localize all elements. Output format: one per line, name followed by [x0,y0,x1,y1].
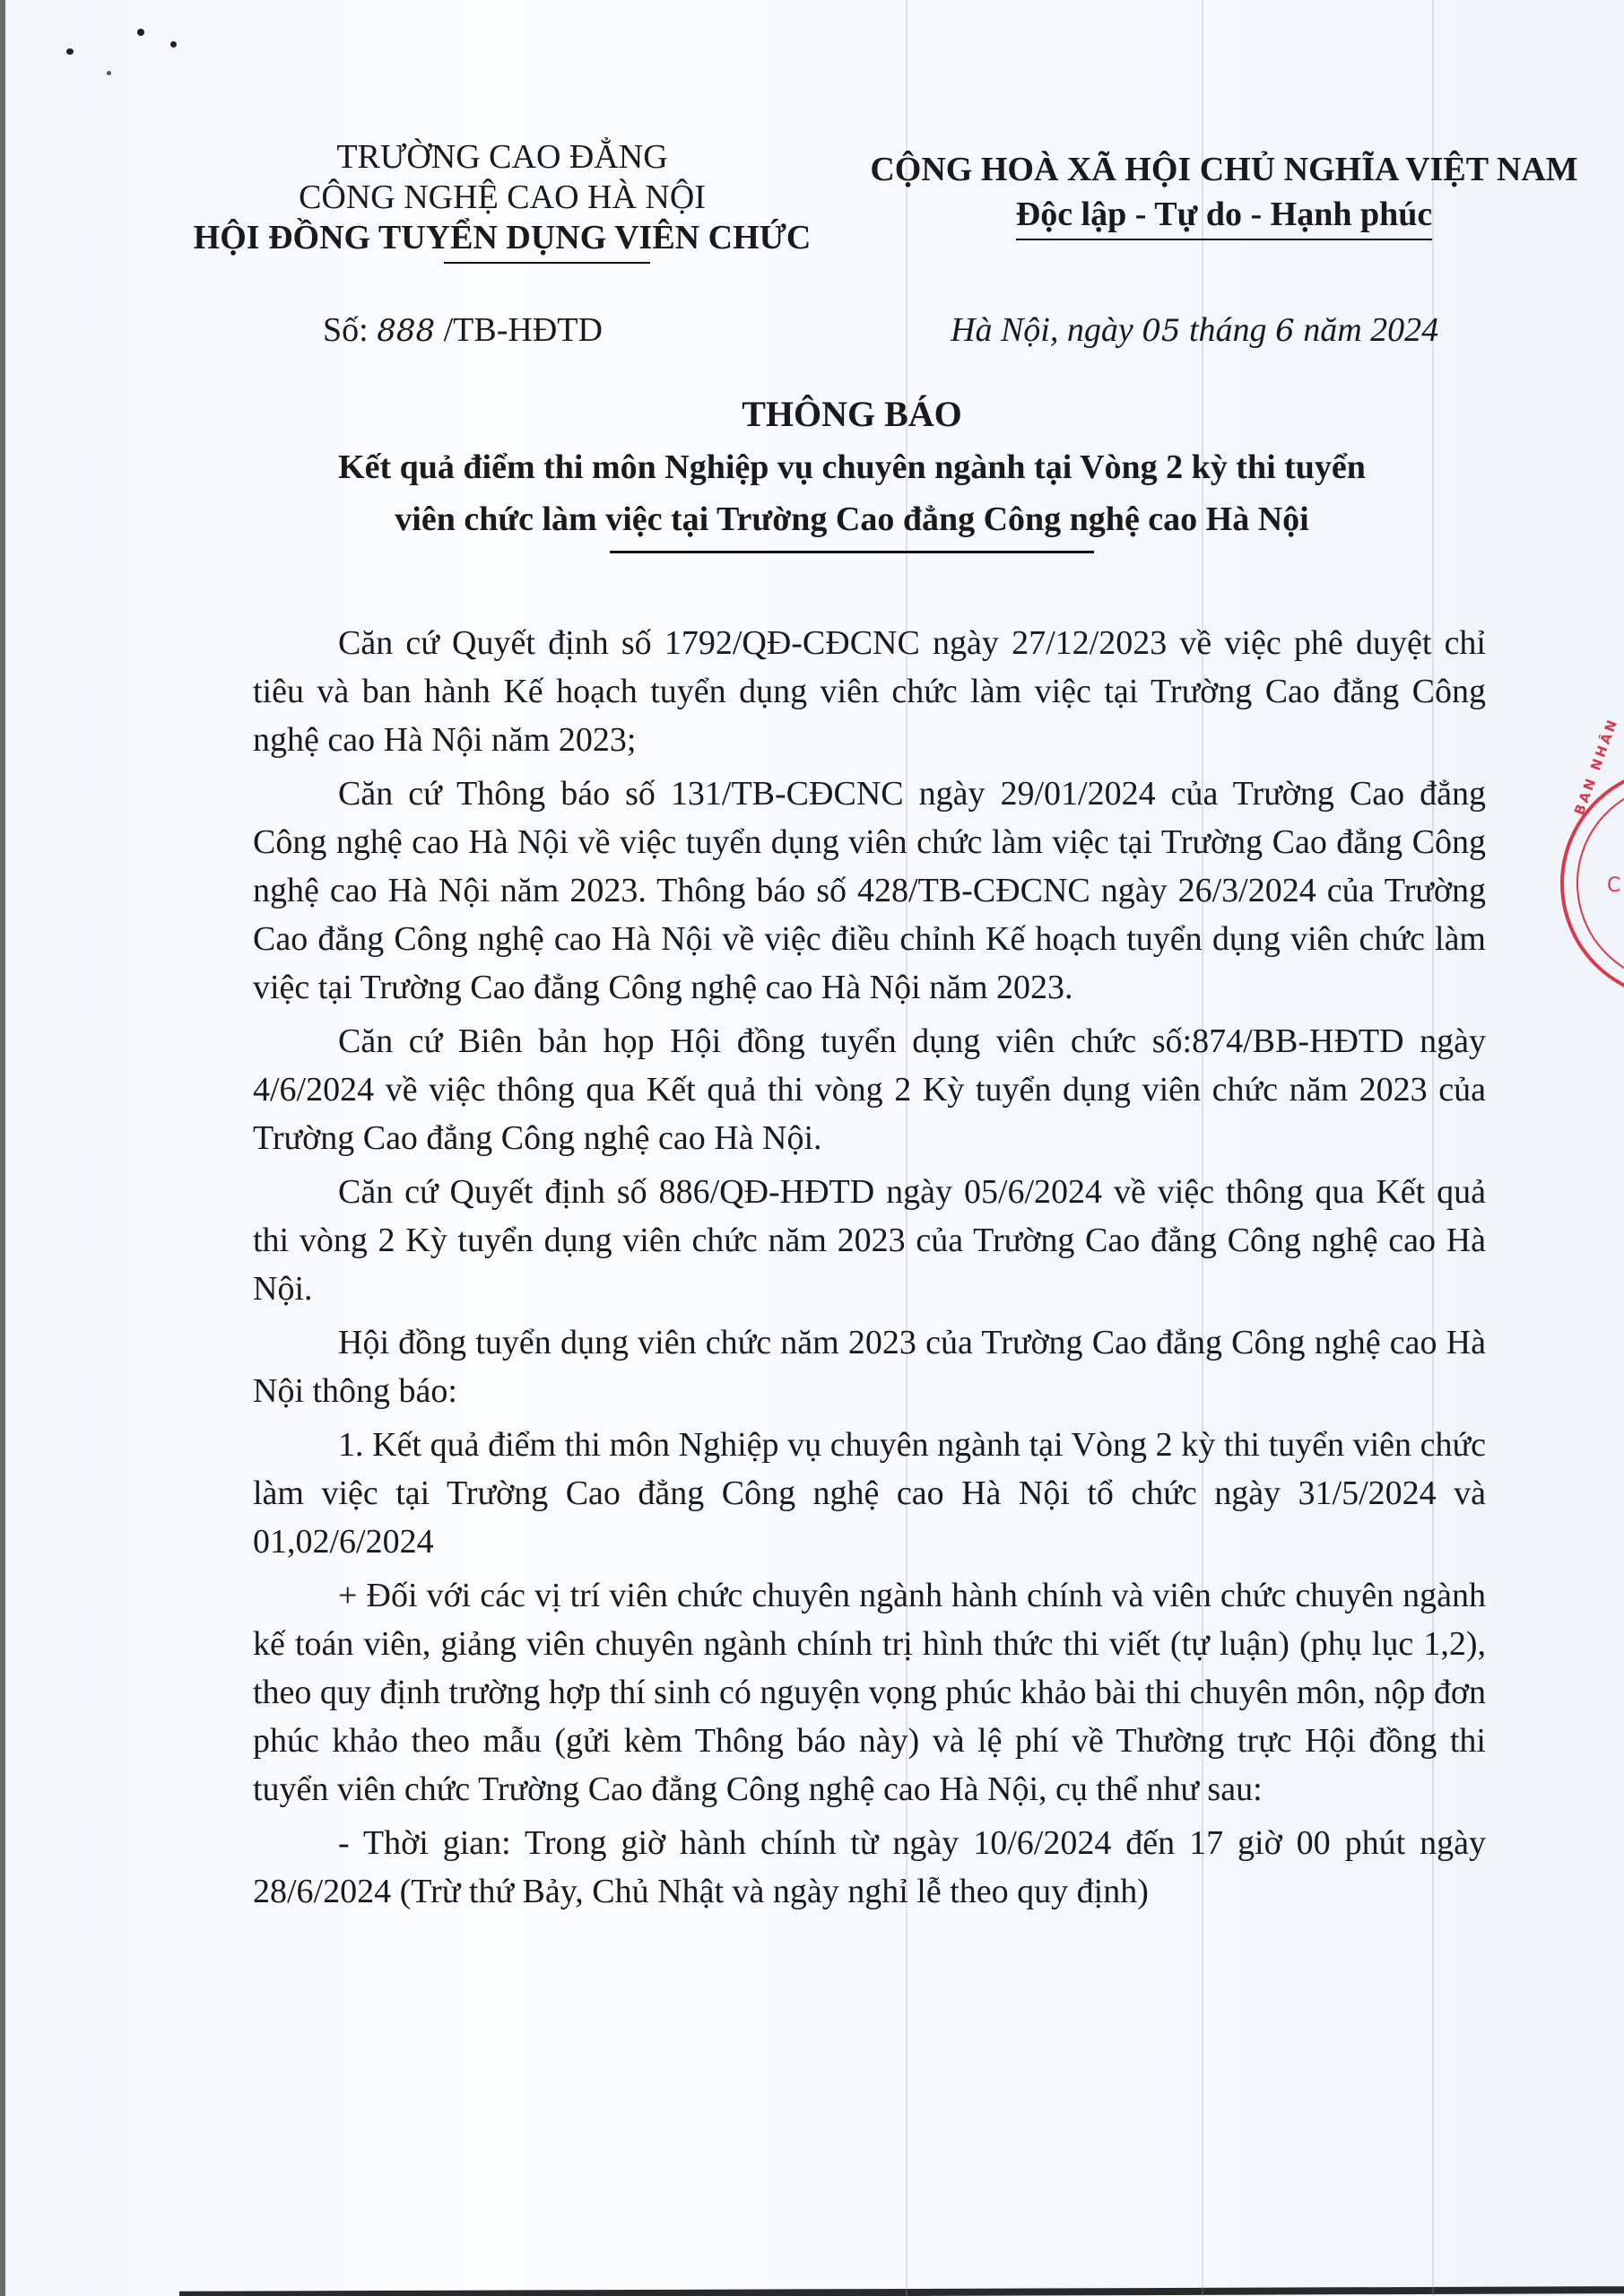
paragraph-basis-decision-results: Căn cứ Quyết định số 886/QĐ-HĐTD ngày 05… [253,1168,1486,1313]
agency-line-1: TRƯỜNG CAO ĐẲNG [161,137,843,178]
agency-underline [444,262,650,264]
issuing-agency: TRƯỜNG CAO ĐẲNG CÔNG NGHỆ CAO HÀ NỘI HỘI… [161,137,843,264]
document-body: Căn cứ Quyết định số 1792/QĐ-CĐCNC ngày … [253,619,1486,1919]
stamp-letter: C [1607,874,1620,897]
scan-left-edge [0,0,5,2296]
handwritten-number: 888 [377,313,435,349]
subtitle-underline [610,551,1094,553]
paragraph-review-procedure: + Đối với các vị trí viên chức chuyên ng… [253,1571,1486,1813]
subtitle-line-2: viên chức làm việc tại Trường Cao đẳng C… [269,493,1435,545]
paragraph-basis-minutes: Căn cứ Biên bản họp Hội đồng tuyển dụng … [253,1017,1486,1162]
paragraph-time: - Thời gian: Trong giờ hành chính từ ngà… [253,1819,1486,1916]
paragraph-item-1: 1. Kết quả điểm thi môn Nghiệp vụ chuyên… [253,1421,1486,1566]
paragraph-basis-decision: Căn cứ Quyết định số 1792/QĐ-CĐCNC ngày … [253,619,1486,764]
paragraph-basis-announcement: Căn cứ Thông báo số 131/TB-CĐCNC ngày 29… [253,770,1486,1012]
scanned-page: TRƯỜNG CAO ĐẲNG CÔNG NGHỆ CAO HÀ NỘI HỘI… [0,0,1624,2296]
scan-speck [137,29,144,36]
agency-line-2: CÔNG NGHỆ CAO HÀ NỘI [161,178,843,218]
scan-speck [66,48,74,55]
nation-name: CỘNG HOÀ XÃ HỘI CHỦ NGHĨA VIỆT NAM [838,147,1610,192]
scan-speck [170,41,177,48]
document-subtitle: Kết quả điểm thi môn Nghiệp vụ chuyên ng… [269,441,1435,553]
document-title: THÔNG BÁO [269,393,1435,435]
national-heading: CỘNG HOÀ XÃ HỘI CHỦ NGHĨA VIỆT NAM Độc l… [838,147,1610,240]
subtitle-line-1: Kết quả điểm thi môn Nghiệp vụ chuyên ng… [269,441,1435,493]
scan-speck [107,71,111,75]
paragraph-council-announces: Hội đồng tuyển dụng viên chức năm 2023 c… [253,1318,1486,1415]
handwritten-month: 6 [1275,313,1295,349]
document-number: Số: 888 /TB-HĐTD [323,310,603,350]
scan-bottom-edge [179,2286,1624,2296]
handwritten-day: 05 [1142,313,1180,349]
national-motto: Độc lập - Tự do - Hạnh phúc [1016,192,1433,240]
agency-line-3: HỘI ĐỒNG TUYỂN DỤNG VIÊN CHỨC [161,218,843,258]
document-date: Hà Nội, ngày 05 tháng 6 năm 2024 [951,310,1438,350]
